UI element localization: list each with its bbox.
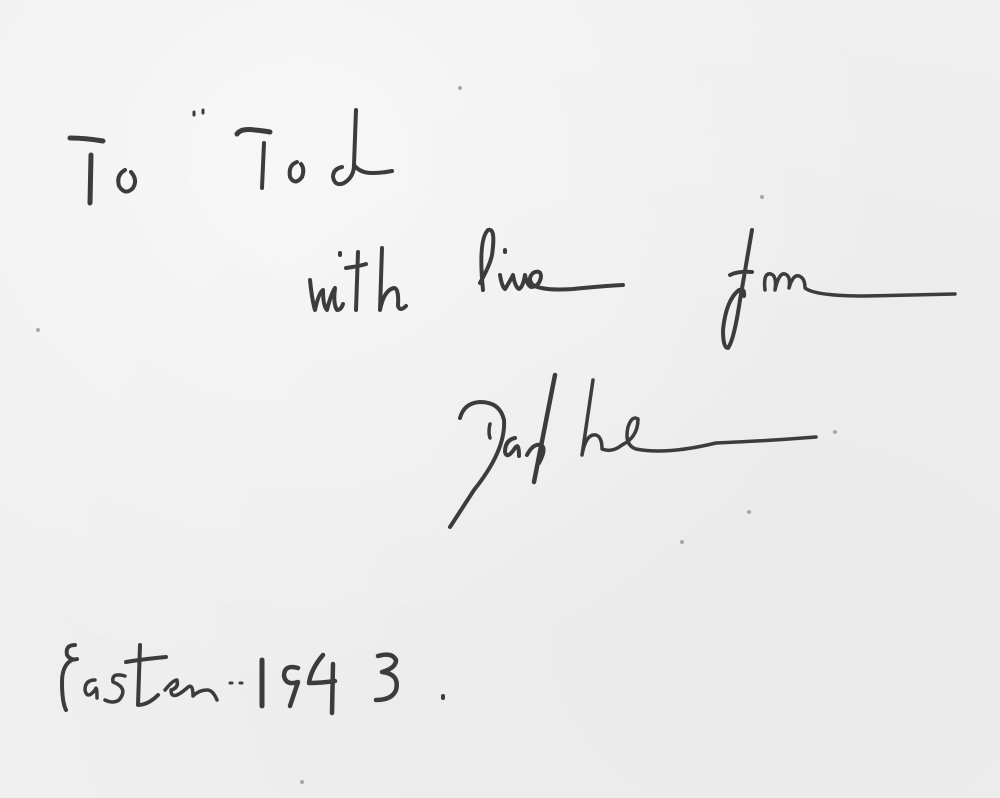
paper-page: To Tod with love from Daphne Easter 1943… [0, 0, 1000, 798]
date-text: Easter 1943. [58, 650, 318, 696]
paper-speck [833, 430, 837, 434]
paper-speck [300, 780, 304, 784]
signature-text: Daphne [455, 400, 612, 446]
paper-speck [680, 540, 684, 544]
salutation-text: To Tod [66, 130, 200, 176]
message-text: with love from [308, 255, 601, 301]
paper-speck [747, 510, 751, 514]
paper-speck [458, 86, 462, 90]
paper-speck [36, 328, 40, 332]
paper-speck [760, 195, 764, 199]
